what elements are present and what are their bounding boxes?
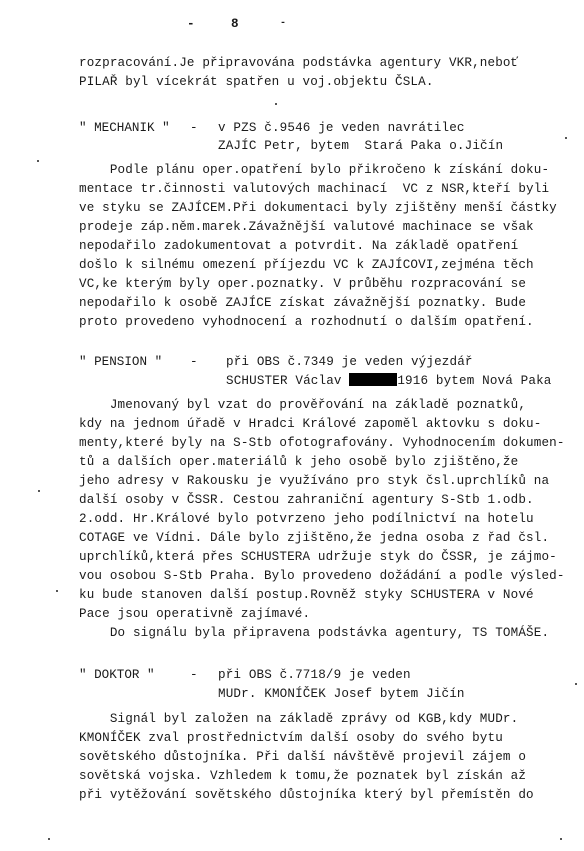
intro-line: rozpracování.Je připravována podstávka a… (79, 56, 518, 70)
scan-speck (38, 490, 40, 492)
body-line: tů a dalších oper.materiálů k jeho osobě… (79, 455, 518, 469)
body-line: VC,ke kterým byly oper.poznatky. V průbě… (79, 277, 526, 291)
body-line: došlo k silnému omezení příjezdu VC k ZA… (79, 258, 534, 272)
section-header-line: ZAJÍC Petr, bytem Stará Paka o.Jičín (218, 139, 503, 153)
body-line: Jmenovaný byl vzat do prověřování na zák… (79, 398, 526, 412)
body-line: kdy na jednom úřadě v Hradci Králové zap… (79, 417, 541, 431)
page-number-dash-right: - (280, 16, 286, 32)
section-codename: " PENSION " (79, 355, 162, 369)
body-line: sovětská vojska. Vzhledem k tomu,že pozn… (79, 769, 526, 783)
body-line: proto provedeno vyhodnocení a rozhodnutí… (79, 315, 534, 329)
body-line: KMONÍČEK zval prostřednictvím další osob… (79, 731, 503, 745)
body-line: Signál byl založen na základě zprávy od … (79, 712, 518, 726)
section-dash: - (190, 355, 198, 369)
body-line: jeho adresy v Rakousku je využíváno pro … (79, 474, 549, 488)
body-line: Do signálu byla připravena podstávka age… (79, 626, 549, 640)
scan-speck (575, 683, 577, 685)
body-line: prodeje záp.něm.marek.Závažnější valutov… (79, 220, 534, 234)
section-header-line: při OBS č.7349 je veden výjezdář (226, 355, 473, 369)
redaction-box (349, 373, 397, 386)
section-header-line: MUDr. KMONÍČEK Josef bytem Jičín (218, 687, 465, 701)
body-line: ku bude stanoven další postup.Rovněž sty… (79, 588, 534, 602)
page-number-header: - 8 - (0, 16, 584, 34)
body-line: 2.odd. Hr.Králové bylo potvrzeno jeho po… (79, 512, 534, 526)
person-name: SCHUSTER Václav (226, 374, 342, 388)
section-header-line: v PZS č.9546 je veden navrátilec (218, 121, 465, 135)
scan-speck (48, 838, 50, 840)
scan-speck (37, 160, 39, 162)
body-line: při vytěžování sovětského důstojníka kte… (79, 788, 534, 802)
page-number-dash-left: - (187, 16, 195, 32)
section-dash: - (190, 668, 198, 682)
body-line: sovětského důstojníka. Při další návštěv… (79, 750, 526, 764)
section-codename: " DOKTOR " (79, 668, 155, 682)
body-line: Pace jsou operativně zajímavé. (79, 607, 310, 621)
section-dash: - (190, 121, 198, 135)
body-line: vou osobou S-Stb Praha. Bylo provedeno d… (79, 569, 565, 583)
section-header-line-with-redaction: SCHUSTER Václav 1916 bytem Nová Paka (226, 373, 552, 388)
intro-line: PILAŘ byl vícekrát spatřen u voj.objektu… (79, 75, 434, 89)
body-line: Podle plánu oper.opatření bylo přikročen… (79, 163, 549, 177)
body-line: další osoby v ČSSR. Cestou zahraniční ag… (79, 493, 534, 507)
scan-speck (56, 590, 58, 592)
section-header-line: při OBS č.7718/9 je veden (218, 668, 411, 682)
birth-year-address: 1916 bytem Nová Paka (397, 374, 551, 388)
body-line: nepodařilo k osobě ZAJÍCE získat závažně… (79, 296, 526, 310)
scan-speck (560, 838, 562, 840)
body-line: ve styku se ZAJÍCEM.Při dokumentaci byly… (79, 201, 557, 215)
body-line: mentace tr.činnosti valutových machinací… (79, 182, 549, 196)
section-codename: " MECHANIK " (79, 121, 170, 135)
scan-speck (565, 137, 567, 139)
page-number: 8 (231, 16, 239, 32)
body-line: uprchlíků,která přes SCHUSTERA udržuje s… (79, 550, 557, 564)
body-line: nepodařilo zadokumentovat a potvrdit. Na… (79, 239, 518, 253)
scan-speck (275, 103, 277, 105)
body-line: menty,které byly na S-Stb ofotografovány… (79, 436, 565, 450)
document-page: - 8 - rozpracování.Je připravována podst… (0, 0, 584, 851)
body-line: COTAGE ve Vídni. Dále bylo zjištěno,že j… (79, 531, 549, 545)
